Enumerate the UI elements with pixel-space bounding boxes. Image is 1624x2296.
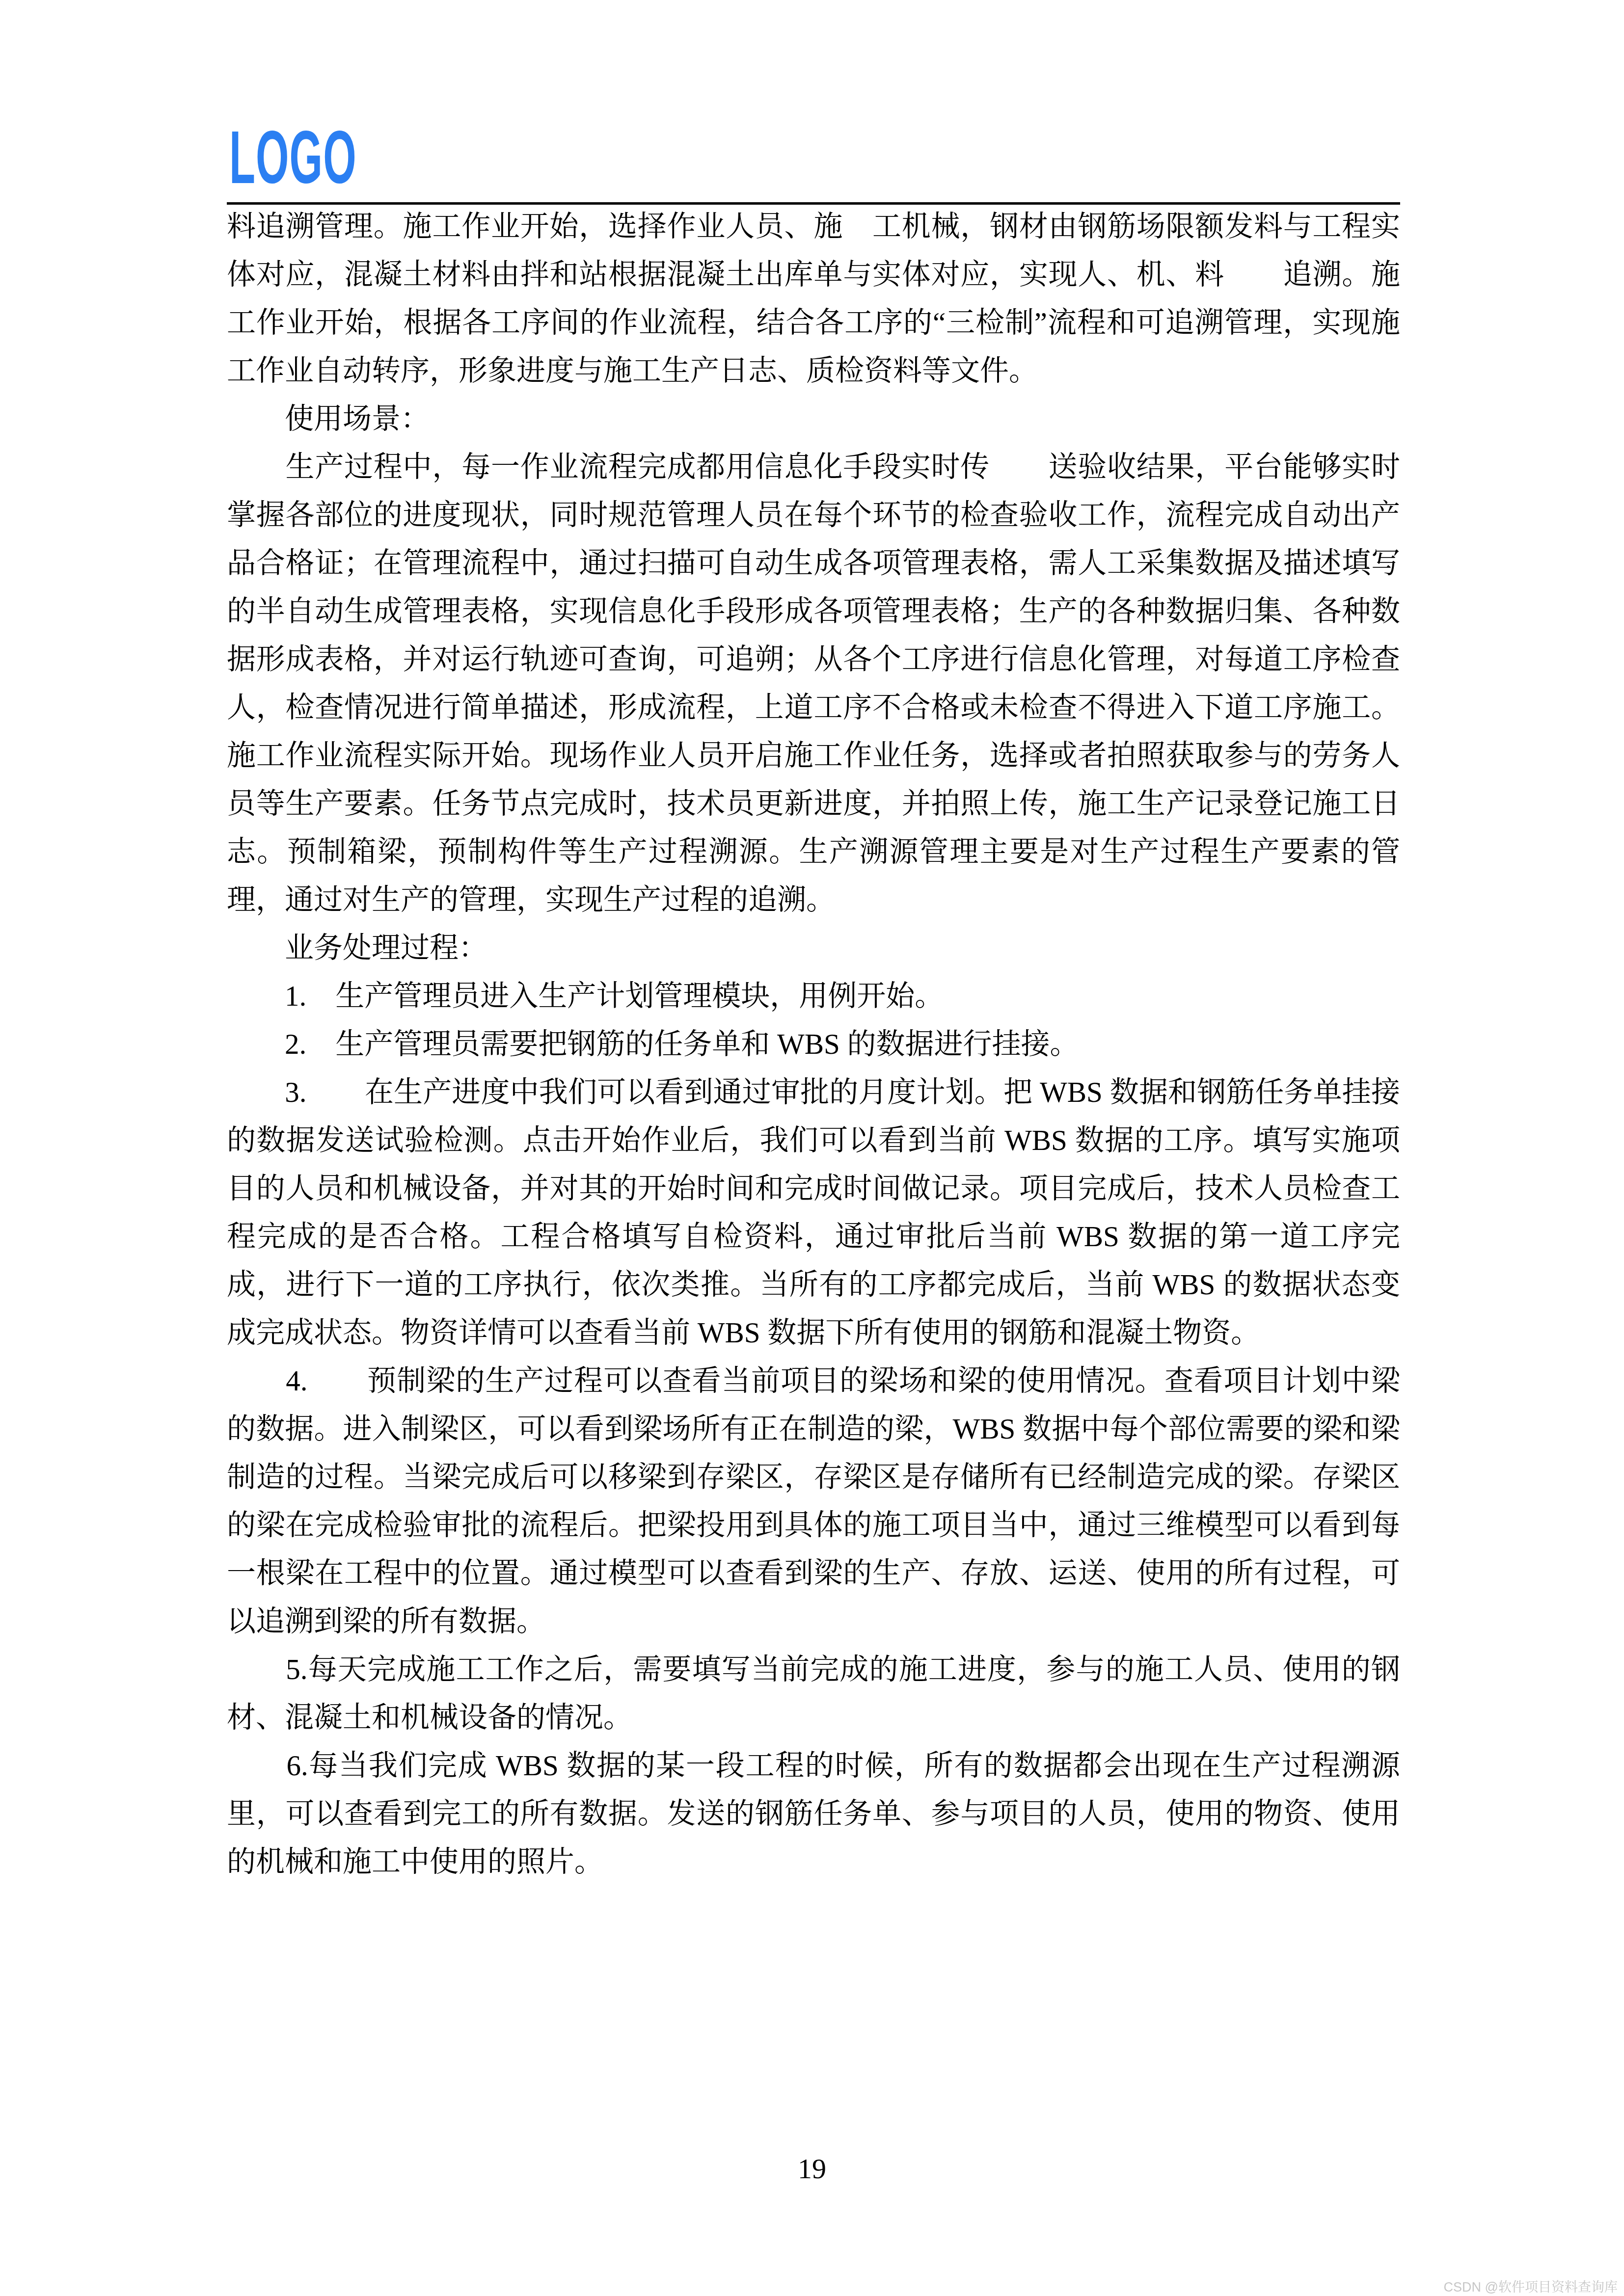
document-body: 料追溯管理。施工作业开始，选择作业人员、施 工机械，钢材由钢筋场限额发料与工程实… [227,202,1400,1886]
list-item-4: 4. 预制梁的生产过程可以查看当前项目的梁场和梁的使用情况。查看项目计划中梁的数… [227,1357,1400,1645]
heading-usage-scenario: 使用场景： [227,395,1400,443]
list-item-5: 5.每天完成施工工作之后，需要填写当前完成的施工进度，参与的施工人员、使用的钢材… [227,1645,1400,1741]
company-logo: LOGO [229,120,357,195]
page-number: 19 [0,2152,1624,2185]
list-item-3: 3. 在生产进度中我们可以看到通过审批的月度计划。把 WBS 数据和钢筋任务单挂… [227,1068,1400,1357]
paragraph-material-tracing: 料追溯管理。施工作业开始，选择作业人员、施 工机械，钢材由钢筋场限额发料与工程实… [227,202,1400,395]
watermark: CSDN @软件项目资料查询库 [1444,2276,1618,2296]
list-item-2: 2. 生产管理员需要把钢筋的任务单和 WBS 的数据进行挂接。 [227,1020,1400,1068]
list-item-6: 6.每当我们完成 WBS 数据的某一段工程的时候，所有的数据都会出现在生产过程溯… [227,1741,1400,1886]
list-item-1: 1. 生产管理员进入生产计划管理模块，用例开始。 [227,972,1400,1020]
document-page: LOGO 料追溯管理。施工作业开始，选择作业人员、施 工机械，钢材由钢筋场限额发… [0,0,1624,2296]
paragraph-usage-scenario: 生产过程中，每一作业流程完成都用信息化手段实时传 送验收结果，平台能够实时掌握各… [227,443,1400,924]
heading-business-process: 业务处理过程： [227,924,1400,972]
